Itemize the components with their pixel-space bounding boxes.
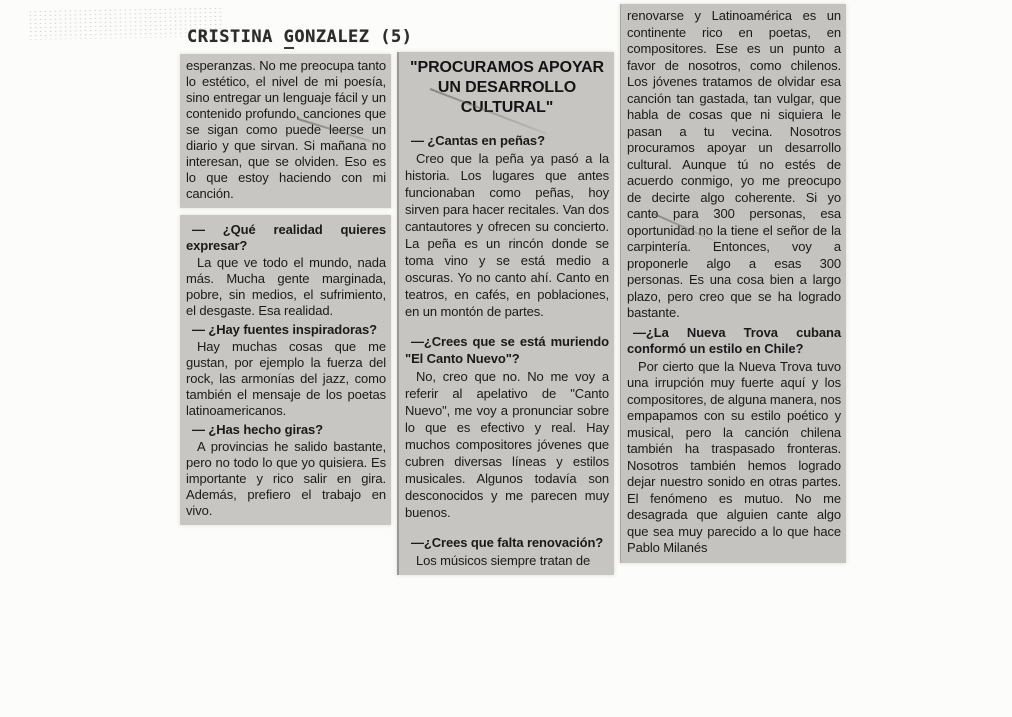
clipping-block: esperanzas. No me preocupa tanto lo esté… <box>180 54 391 208</box>
paragraph-spacer <box>405 521 609 531</box>
byline-underlined-letter: G <box>284 27 295 49</box>
answer-paragraph: Creo que la peña ya pasó a la historia. … <box>405 150 609 320</box>
interview-headline: "PROCURAMOS APOYAR UN DESARROLLO CULTURA… <box>405 58 609 118</box>
clipping-block: renovarse y Latinoamérica es un continen… <box>620 4 846 563</box>
interview-question: —¿Crees que se está muriendo "El Canto N… <box>405 333 609 367</box>
byline-text: CRISTINA <box>187 27 284 47</box>
interview-question: —¿La Nueva Trova cubana conformó un esti… <box>627 325 841 358</box>
interview-question: —¿Crees que falta renovación? <box>405 534 609 551</box>
answer-paragraph: Los músicos siempre tratan de <box>405 552 609 569</box>
clipping-block: "PROCURAMOS APOYAR UN DESARROLLO CULTURA… <box>397 52 614 575</box>
answer-paragraph: renovarse y Latinoamérica es un continen… <box>627 8 841 322</box>
answer-paragraph: No, creo que no. No me voy a referir al … <box>405 368 609 521</box>
interview-question: — ¿Hay fuentes inspiradoras? <box>186 322 386 338</box>
clipping-gap <box>180 208 391 215</box>
article-byline: CRISTINA GONZALEZ (5) <box>187 27 412 47</box>
paragraph-spacer <box>405 320 609 330</box>
byline-text-rest: ONZALEZ (5) <box>294 27 412 47</box>
answer-paragraph: Hay muchas cosas que me gustan, por ejem… <box>186 339 386 419</box>
column-right: renovarse y Latinoamérica es un continen… <box>620 4 846 563</box>
interview-question: — ¿Has hecho giras? <box>186 422 386 438</box>
column-left: esperanzas. No me preocupa tanto lo esté… <box>180 54 391 525</box>
answer-paragraph: Por cierto que la Nueva Trova tuvo una i… <box>627 359 841 557</box>
clipping-block: — ¿Qué realidad quieres expresar? La que… <box>180 215 391 525</box>
answer-paragraph: La que ve todo el mundo, nada más. Mucha… <box>186 255 386 319</box>
interview-question: — ¿Cantas en peñas? <box>405 132 609 149</box>
answer-paragraph: A provincias he salido bastante, pero no… <box>186 439 386 519</box>
interview-question: — ¿Qué realidad quieres expresar? <box>186 222 386 254</box>
scanned-newspaper-page: CRISTINA GONZALEZ (5) esperanzas. No me … <box>0 0 1012 717</box>
column-middle: "PROCURAMOS APOYAR UN DESARROLLO CULTURA… <box>397 52 614 575</box>
answer-paragraph: esperanzas. No me preocupa tanto lo esté… <box>186 58 386 202</box>
